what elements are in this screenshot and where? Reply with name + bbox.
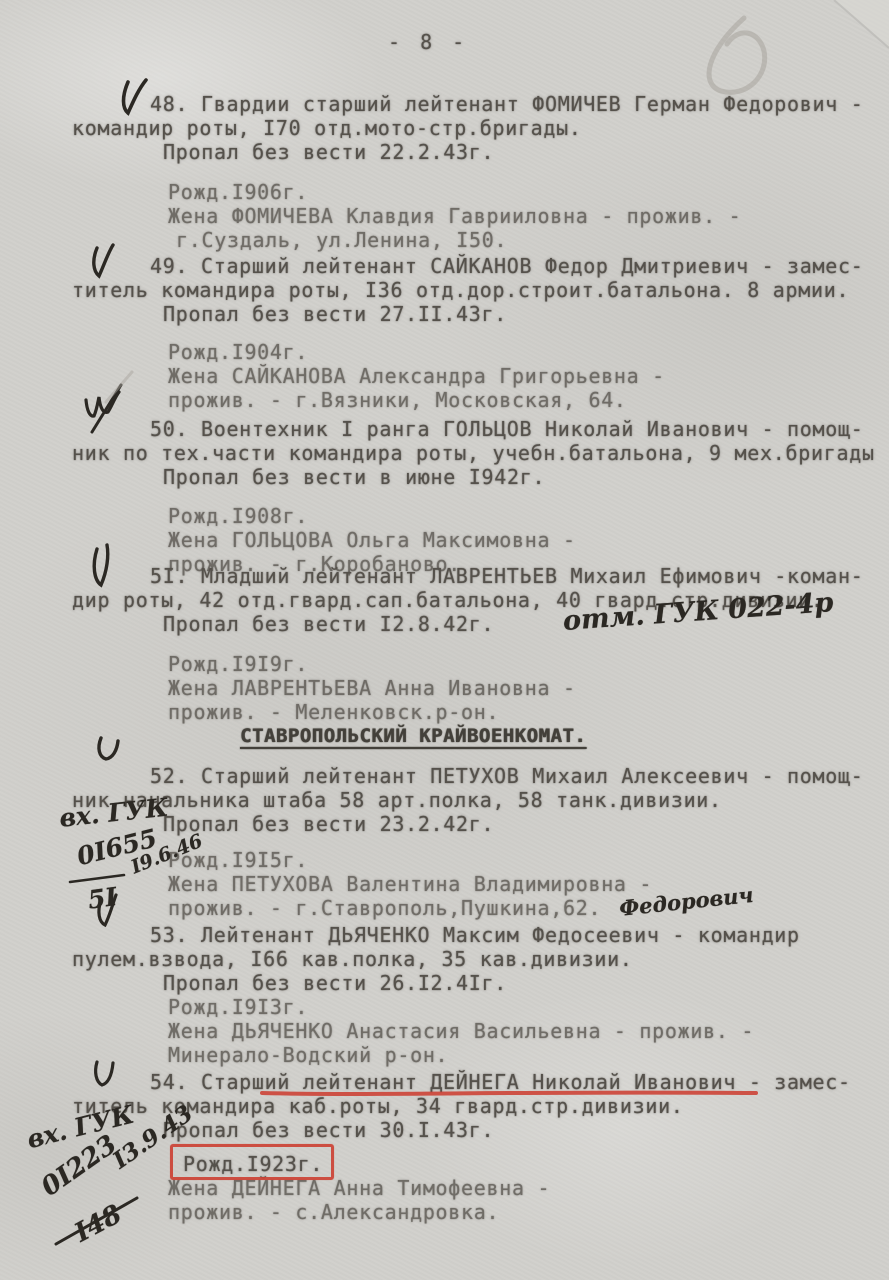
- entry-54-family-2: прожив. - с.Александровка.: [168, 1200, 499, 1224]
- entry-50-line-3: Пропал без вести в июне I942г.: [163, 465, 545, 489]
- checkmark-entry-51-icon: [94, 545, 108, 585]
- fold-crease-line: [834, 0, 889, 48]
- entry-48-line-3: Пропал без вести 22.2.43г.: [163, 140, 494, 164]
- entry-53-family-1: Жена ДЬЯЧЕНКО Анастасия Васильевна - про…: [168, 1019, 754, 1043]
- entry-50-line-2: ник по тех.части командира роты, учебн.б…: [72, 441, 875, 465]
- handwritten-num-51: 5I: [86, 882, 119, 915]
- entry-51-family-2: прожив. - Меленковск.р-он.: [168, 700, 499, 724]
- entry-49-birth: Рожд.I904г.: [168, 340, 308, 364]
- entry-53-family-2: Минерало-Водский р-он.: [168, 1043, 448, 1067]
- checkmark-entry-49-icon: [94, 245, 113, 276]
- entry-48-family-2: г.Суздаль, ул.Ленина, I50.: [176, 228, 507, 252]
- entry-48-family-1: Жена ФОМИЧЕВА Клавдия Гаврииловна - прож…: [168, 204, 741, 228]
- folded-corner: [834, 0, 889, 48]
- entry-48-line-2: командир роты, I70 отд.мото-стр.бригады.: [72, 116, 582, 140]
- entry-49-line-3: Пропал без вести 27.II.43г.: [163, 302, 507, 326]
- entry-51-birth: Рожд.I9I9г.: [168, 652, 308, 676]
- entry-50-birth: Рожд.I908г.: [168, 504, 308, 528]
- entry-53-line-2: пулем.взвода, I66 кав.полка, 35 кав.диви…: [72, 947, 633, 971]
- entry-51-line-1: 5I. Младший лейтенант ЛАВРЕНТЬЕВ Михаил …: [150, 564, 864, 588]
- entry-52-line-3: Пропал без вести 23.2.42г.: [163, 812, 494, 836]
- entry-53-line-1: 53. Лейтенант ДЬЯЧЕНКО Максим Федосеевич…: [150, 923, 800, 947]
- entry-53-line-3: Пропал без вести 26.I2.4Iг.: [163, 971, 507, 995]
- entry-49-family-1: Жена САЙКАНОВА Александра Григорьевна -: [168, 364, 665, 388]
- entry-51-family-1: Жена ЛАВРЕНТЬЕВА Анна Ивановна -: [168, 676, 576, 700]
- checkmark-section-heading-icon: [99, 738, 118, 759]
- checkmark-entry-48-icon: [124, 80, 147, 113]
- entry-52-family-2: прожив. - г.Ставрополь,Пушкина,62.: [168, 896, 601, 920]
- entry-51-line-3: Пропал без вести I2.8.42г.: [163, 612, 494, 636]
- checkmark-entry-54-icon: [96, 1062, 113, 1085]
- entry-50-line-1: 50. Воентехник I ранга ГОЛЬЦОВ Николай И…: [150, 417, 864, 441]
- pencil-slash-entry-50: [106, 372, 132, 402]
- red-highlight-box: [170, 1144, 334, 1180]
- scanned-document-page: - 8 - 48. Гвардии старший лейтенант ФОМИ…: [0, 0, 889, 1280]
- entry-49-family-2: прожив. - г.Вязники, Московская, 64.: [168, 388, 627, 412]
- entry-54-line-1: 54. Старший лейтенант ДЕЙНЕГА Николай Ив…: [150, 1070, 851, 1094]
- entry-49-line-1: 49. Старший лейтенант САЙКАНОВ Федор Дми…: [150, 254, 864, 278]
- entry-48-birth: Рожд.I906г.: [168, 180, 308, 204]
- slash-mark-entry-50: [92, 385, 121, 432]
- handwritten-num-148: I48: [70, 1199, 127, 1248]
- pencil-squiggle-mark: [709, 18, 765, 92]
- page-number: - 8 -: [388, 30, 468, 54]
- entry-52-family-1: Жена ПЕТУХОВА Валентина Владимировна -: [168, 872, 652, 896]
- section-heading-voenkomat: СТАВРОПОЛЬСКИЙ КРАЙВОЕНКОМАТ.: [240, 724, 586, 748]
- entry-52-line-1: 52. Старший лейтенант ПЕТУХОВ Михаил Але…: [150, 764, 864, 788]
- checkmark-entry-50-icon: [86, 392, 119, 416]
- entry-54-line-3: Пропал без вести 30.I.43г.: [163, 1118, 494, 1142]
- entry-49-line-2: титель командира роты, I36 отд.дор.строи…: [72, 278, 849, 302]
- entry-50-family-1: Жена ГОЛЬЦОВА Ольга Максимовна -: [168, 528, 576, 552]
- entry-52-line-2: ник начальника штаба 58 арт.полка, 58 та…: [72, 788, 722, 812]
- entry-53-birth: Рожд.I9I3г.: [168, 995, 308, 1019]
- entry-48-line-1: 48. Гвардии старший лейтенант ФОМИЧЕВ Ге…: [150, 92, 864, 116]
- fraction-line-01655: [70, 875, 124, 882]
